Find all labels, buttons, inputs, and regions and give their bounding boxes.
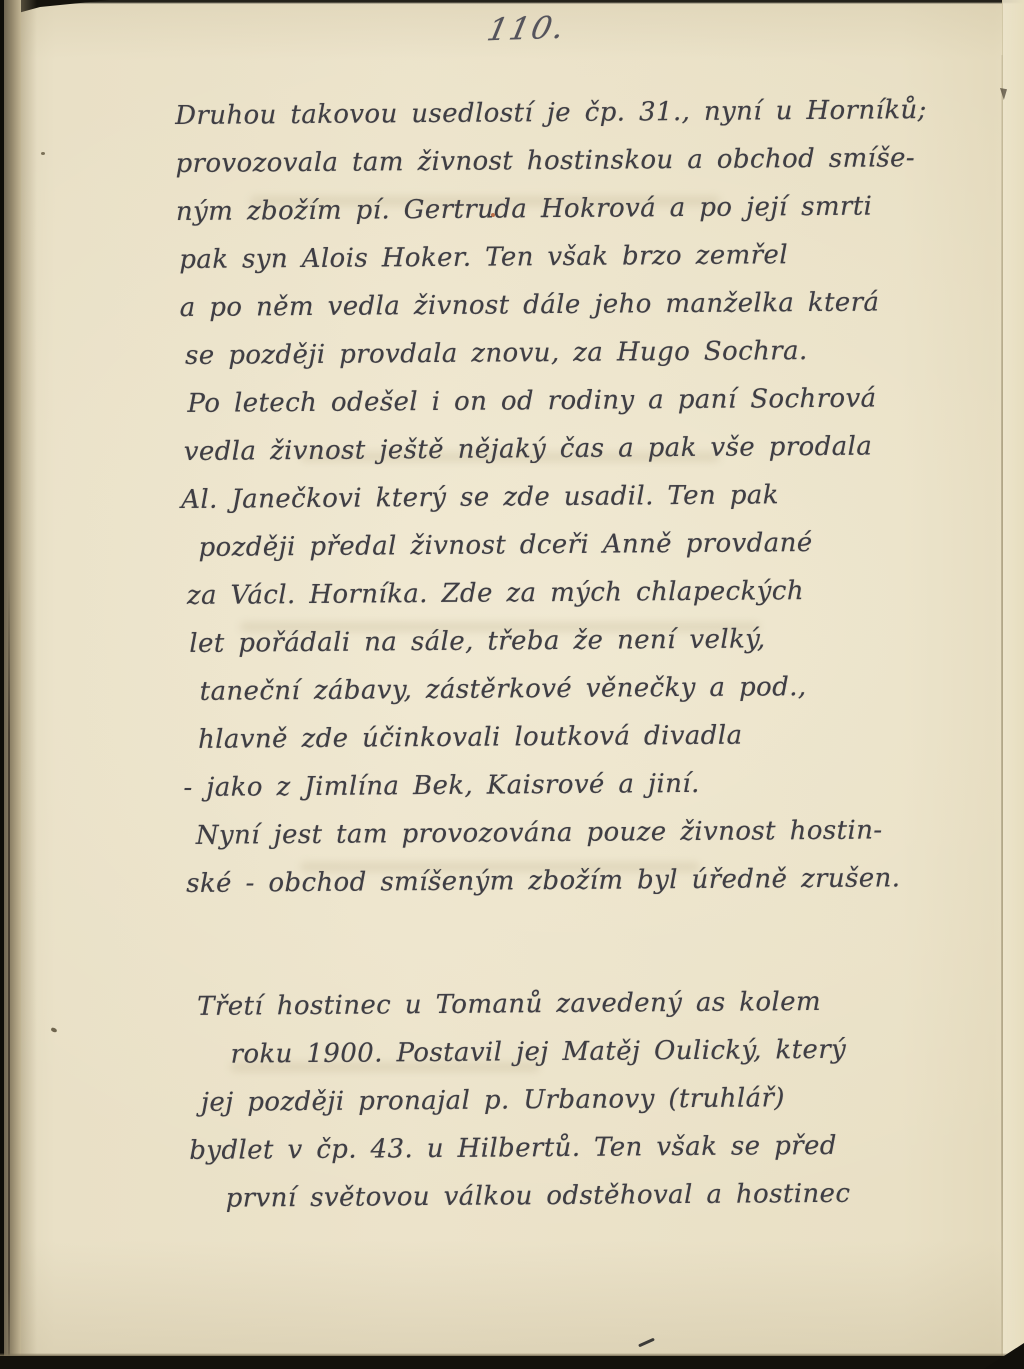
handwritten-line: hlavně zde účinkovali loutková divadla <box>180 710 970 764</box>
handwritten-line: bydlet v čp. 43. u Hilbertů. Ten však se… <box>183 1121 973 1175</box>
scanned-page: 110. Druhou takovou usedlostí je čp. 31.… <box>0 0 1024 1369</box>
handwritten-line: první světovou válkou odstěhoval a hosti… <box>184 1169 974 1223</box>
ink-dash-mark <box>638 1338 655 1348</box>
page-number: 110. <box>484 13 568 47</box>
page-crease-right <box>1001 55 1003 1356</box>
handwritten-line: Druhou takovou usedlostí je čp. 31., nyn… <box>175 86 965 140</box>
page-edge-top <box>0 0 1024 4</box>
handwritten-line: a po něm vedla živnost dále jeho manželk… <box>177 278 967 332</box>
handwritten-line: se později provdala znovu, za Hugo Sochr… <box>177 326 967 380</box>
handwritten-line: pak syn Alois Hoker. Ten však brzo zemře… <box>176 230 966 284</box>
stain-speck <box>41 152 45 155</box>
handwritten-line: vedla živnost ještě nějaký čas a pak vše… <box>178 422 968 476</box>
handwritten-line: provozovala tam živnost hostinskou a obc… <box>175 134 965 188</box>
text-block: Druhou takovou usedlostí je čp. 31., nyn… <box>175 86 974 1223</box>
handwritten-line: Al. Janečkovi který se zde usadil. Ten p… <box>178 470 968 524</box>
book-binding-left <box>4 0 21 1369</box>
stain-speck <box>50 1027 57 1033</box>
handwritten-line: ské - obchod smíšeným zbožím byl úředně … <box>181 854 971 908</box>
handwritten-line: ným zbožím pí. Gertruda Hokrová a po jej… <box>176 182 966 236</box>
handwritten-line: Třetí hostinec u Tomanů zavedený as kole… <box>182 977 972 1031</box>
underlying-page-edge-right <box>1002 0 1024 1356</box>
paragraph: Druhou takovou usedlostí je čp. 31., nyn… <box>175 86 967 380</box>
paragraph: Po letech odešel i on od rodiny a paní S… <box>177 374 970 812</box>
handwritten-line: později předal živnost dceři Anně provda… <box>178 518 968 572</box>
handwritten-line: taneční zábavy, zástěrkové věnečky a pod… <box>180 662 970 716</box>
page-edge-bottom <box>0 1356 1024 1369</box>
binding-shadow <box>21 0 37 1369</box>
handwritten-line: roku 1900. Postavil jej Matěj Oulický, k… <box>182 1025 972 1079</box>
handwritten-line: let pořádali na sále, třeba že není velk… <box>179 614 969 668</box>
paragraph: Třetí hostinec u Tomanů zavedený as kole… <box>182 977 974 1223</box>
paragraph: Nyní jest tam provozována pouze živnost … <box>181 806 972 908</box>
handwritten-line: Po letech odešel i on od rodiny a paní S… <box>177 374 967 428</box>
handwritten-line: jej později pronajal p. Urbanovy (truhlá… <box>183 1073 973 1127</box>
handwritten-line: - jako z Jimlína Bek, Kaisrové a jiní. <box>180 758 970 812</box>
handwritten-line: Nyní jest tam provozována pouze živnost … <box>181 806 971 860</box>
handwritten-line: za Václ. Horníka. Zde za mých chlapeckýc… <box>179 566 969 620</box>
